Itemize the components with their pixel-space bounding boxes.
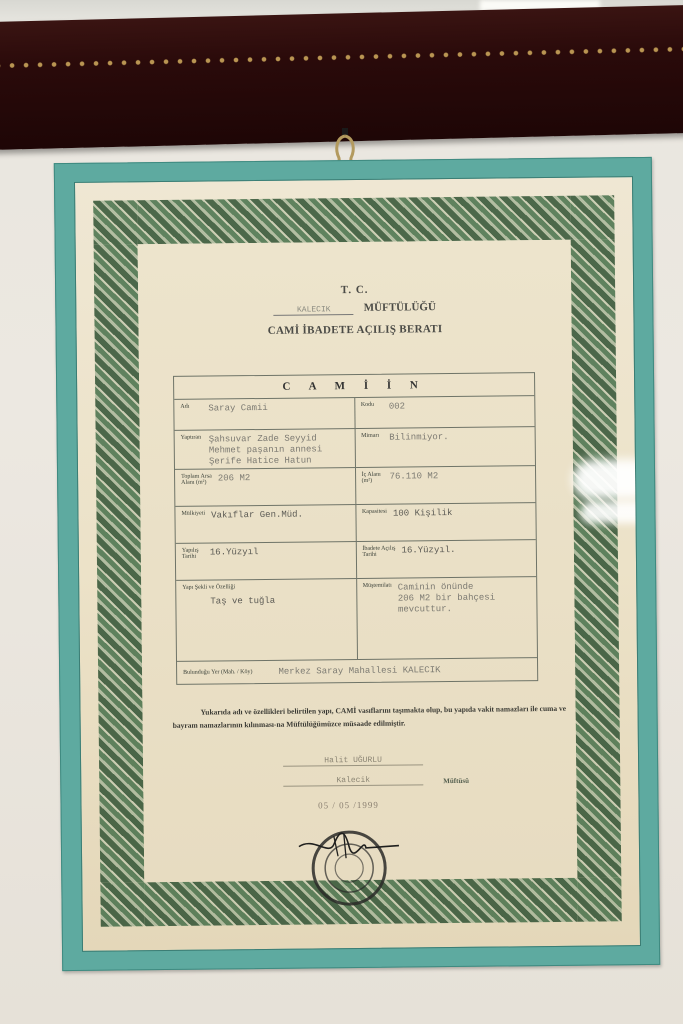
field-label: Bulunduğu Yer (Mah. / Köy): [183, 669, 252, 676]
field-capacity: Kapasitesi100 Kişilik: [355, 503, 536, 541]
field-value: 002: [389, 401, 405, 412]
field-label: Toplam Arsa Alanı (m²): [181, 474, 212, 486]
table-row: MülkiyetiVakıflar Gen.Müd. Kapasitesi100…: [175, 503, 535, 544]
field-label: İç Alanı (m²): [362, 472, 384, 484]
field-label: Yaptıran: [181, 435, 203, 441]
field-label: Müştemilatı: [363, 583, 392, 589]
field-value: Saray Camii: [208, 403, 268, 415]
field-label: Yapı Şekli ve Özelliği: [182, 584, 235, 591]
table-row-location: Bulunduğu Yer (Mah. / Köy)Merkez Saray M…: [177, 658, 537, 684]
field-label: Kodu: [361, 402, 383, 408]
table-row: AdıSaray Camii Kodu002: [174, 396, 534, 431]
field-value: Bilinmiyor.: [389, 432, 449, 444]
field-label: Adı: [180, 404, 202, 410]
field-label: Mülkiyeti: [181, 511, 205, 517]
field-value: 16.Yüzyıl: [210, 547, 259, 559]
signatory-name: Halit UĞURLU: [283, 755, 423, 766]
mosque-info-table: C A M İ İ N AdıSaray Camii Kodu002 Yaptı…: [173, 372, 538, 685]
certificate-paper: T. C. KALECIKMÜFTÜLÜĞÜ CAMİ İBADETE AÇIL…: [74, 176, 641, 952]
field-ownership: MülkiyetiVakıflar Gen.Müd.: [175, 505, 355, 543]
table-row: Yapı Şekli ve ÖzelliğiTaş ve tuğla Müşte…: [176, 577, 537, 662]
field-value: 76.110 M2: [390, 471, 439, 483]
field-opening-date: İbadete Açılış Tarihi16.Yüzyıl.: [355, 540, 536, 578]
certificate-title: CAMİ İBADETE AÇILIŞ BERATI: [138, 322, 571, 339]
table-row: YaptıranŞahsuvar Zade Seyyid Mehmet paşa…: [175, 427, 535, 470]
certificate-document: T. C. KALECIKMÜFTÜLÜĞÜ CAMİ İBADETE AÇIL…: [138, 240, 578, 882]
table-row: Toplam Arsa Alanı (m²)206 M2 İç Alanı (m…: [175, 466, 535, 507]
field-value: Taş ve tuğla: [182, 596, 275, 608]
tc-heading: T. C.: [138, 282, 571, 299]
field-total-area: Toplam Arsa Alanı (m²)206 M2: [175, 468, 355, 506]
issue-date: 05 / 05 /1999: [293, 800, 403, 811]
approval-statement: Yukarıda adı ve özellikleri belirtilen y…: [172, 702, 567, 732]
field-name: AdıSaray Camii: [174, 398, 354, 430]
signatory-title: Müftüsü: [443, 777, 469, 785]
field-value: 206 M2: [218, 473, 251, 484]
field-label: Kapasitesi: [362, 509, 387, 515]
glass-reflection: [580, 501, 641, 524]
field-label: Yapılış Tarihi: [182, 548, 204, 560]
field-code: Kodu002: [354, 396, 535, 428]
field-build-date: Yapılış Tarihi16.Yüzyıl: [176, 542, 356, 580]
field-value: Caminin önünde 206 M2 bir bahçesi mevcut…: [398, 582, 496, 616]
field-label: Mimarı: [361, 433, 383, 439]
field-annexes: MüştemilatıCaminin önünde 206 M2 bir bah…: [356, 577, 537, 659]
field-value: 100 Kişilik: [393, 508, 453, 520]
mufti-office-line: KALECIKMÜFTÜLÜĞÜ: [138, 300, 571, 318]
mufti-office-label: MÜFTÜLÜĞÜ: [364, 301, 436, 314]
table-row: Yapılış Tarihi16.Yüzyıl İbadete Açılış T…: [176, 540, 536, 581]
signatory-place: Kalecik: [283, 775, 423, 786]
gold-bead-trim: [0, 45, 683, 70]
field-location: Bulunduğu Yer (Mah. / Köy)Merkez Saray M…: [177, 658, 537, 684]
certificate-frame: T. C. KALECIKMÜFTÜLÜĞÜ CAMİ İBADETE AÇIL…: [54, 157, 660, 971]
field-structure: Yapı Şekli ve ÖzelliğiTaş ve tuğla: [176, 579, 356, 661]
field-architect: MimarıBilinmiyor.: [354, 427, 535, 467]
official-stamp-icon: [294, 816, 405, 907]
field-builder: YaptıranŞahsuvar Zade Seyyid Mehmet paşa…: [175, 429, 355, 469]
field-label: İbadete Açılış Tarihi: [362, 546, 395, 558]
mufti-office-filled: KALECIK: [274, 305, 354, 316]
field-value: Vakıflar Gen.Müd.: [211, 510, 303, 522]
field-value: 16.Yüzyıl.: [401, 545, 455, 557]
glass-reflection: [572, 459, 641, 500]
field-value: Şahsuvar Zade Seyyid Mehmet paşanın anne…: [209, 433, 323, 467]
field-inner-area: İç Alanı (m²)76.110 M2: [354, 466, 535, 504]
field-value: Merkez Saray Mahallesi KALECIK: [278, 665, 440, 678]
